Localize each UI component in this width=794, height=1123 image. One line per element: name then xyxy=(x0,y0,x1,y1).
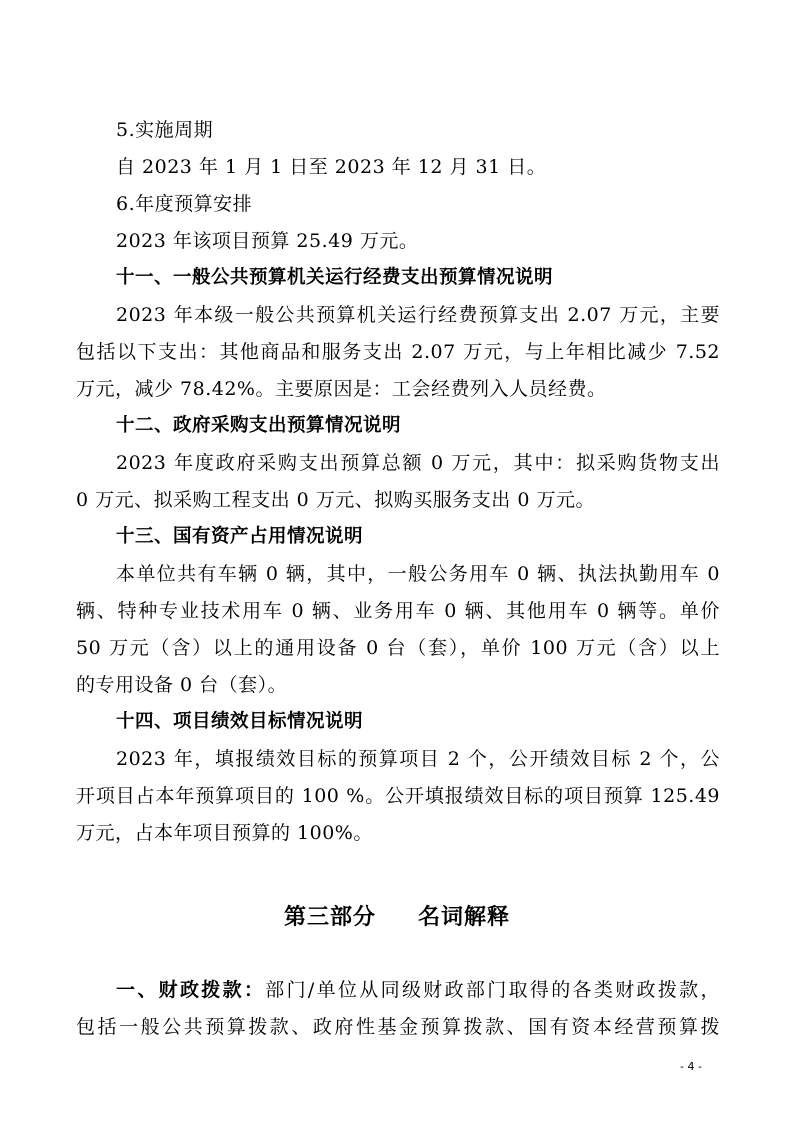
page-number: - 4 - xyxy=(680,1060,702,1073)
section-13-line-3: 50 万元（含）以上的通用设备 0 台（套），单价 100 万元（含）以上 xyxy=(76,636,720,660)
glossary-definition-part-1: 部门/单位从同级财政部门取得的各类财政拨款， xyxy=(265,979,720,1001)
item-content-implementation-period: 自 2023 年 1 月 1 日至 2023 年 12 月 31 日。 xyxy=(116,155,760,179)
item-content-annual-budget: 2023 年该项目预算 25.49 万元。 xyxy=(116,229,760,253)
part-number: 第三部分 xyxy=(284,900,376,931)
glossary-line-1: 一、财政拨款：部门/单位从同级财政部门取得的各类财政拨款， xyxy=(116,978,720,1002)
section-14-line-3: 万元，占本年项目预算的 100%。 xyxy=(76,821,720,845)
part-name: 名词解释 xyxy=(418,900,510,931)
section-heading-13: 十三、国有资产占用情况说明 xyxy=(116,525,760,549)
section-heading-12: 十二、政府采购支出预算情况说明 xyxy=(116,414,760,438)
section-14-line-2: 开项目占本年预算项目的 100 %。公开填报绩效目标的项目预算 125.49 xyxy=(76,784,720,808)
section-14-line-1: 2023 年，填报绩效目标的预算项目 2 个，公开绩效目标 2 个，公 xyxy=(116,747,720,771)
document-page: 5.实施周期 自 2023 年 1 月 1 日至 2023 年 12 月 31 … xyxy=(0,0,794,1123)
section-13-line-4: 的专用设备 0 台（套）。 xyxy=(76,673,720,697)
part-title: 第三部分名词解释 xyxy=(0,900,794,931)
item-label-annual-budget: 6.年度预算安排 xyxy=(116,192,760,216)
section-heading-11: 十一、一般公共预算机关运行经费支出预算情况说明 xyxy=(116,266,760,290)
section-12-line-2: 0 万元、拟采购工程支出 0 万元、拟购买服务支出 0 万元。 xyxy=(76,488,720,512)
section-11-line-3: 万元，减少 78.42%。主要原因是：工会经费列入人员经费。 xyxy=(76,377,720,401)
section-heading-14: 十四、项目绩效目标情况说明 xyxy=(116,710,760,734)
item-label-implementation-period: 5.实施周期 xyxy=(116,118,760,142)
section-11-line-1: 2023 年本级一般公共预算机关运行经费预算支出 2.07 万元，主要 xyxy=(116,303,720,327)
glossary-line-2: 包括一般公共预算拨款、政府性基金预算拨款、国有资本经营预算拨 xyxy=(76,1015,720,1039)
glossary-term-financial-appropriation: 一、财政拨款： xyxy=(116,979,265,1001)
section-13-line-2: 辆、特种专业技术用车 0 辆、业务用车 0 辆、其他用车 0 辆等。单价 xyxy=(76,599,720,623)
section-12-line-1: 2023 年度政府采购支出预算总额 0 万元，其中：拟采购货物支出 xyxy=(116,451,720,475)
section-13-line-1: 本单位共有车辆 0 辆，其中，一般公务用车 0 辆、执法执勤用车 0 xyxy=(116,562,720,586)
section-11-line-2: 包括以下支出：其他商品和服务支出 2.07 万元，与上年相比减少 7.52 xyxy=(76,340,720,364)
